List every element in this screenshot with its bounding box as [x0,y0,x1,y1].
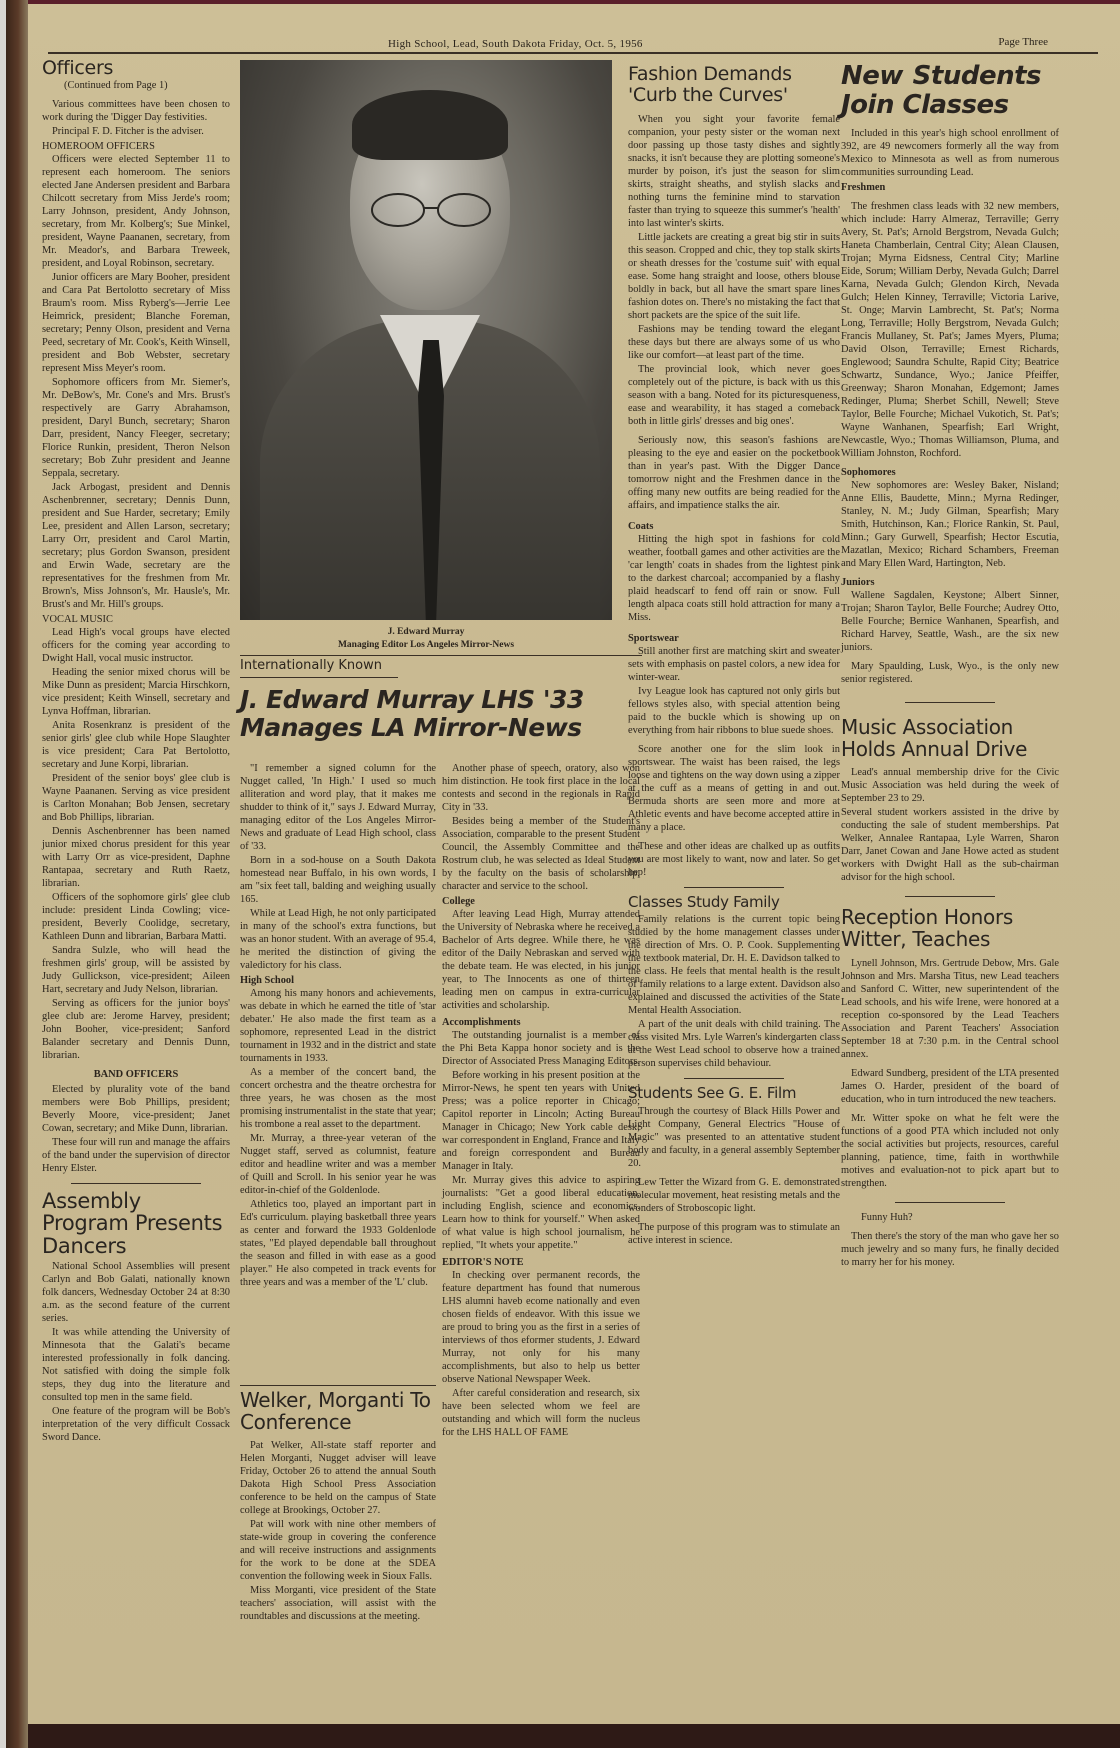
paragraph: These four will run and manage the affai… [42,1136,230,1175]
paragraph: Various committees have been chosen to w… [42,98,230,124]
paragraph: These and other ideas are chalked up as … [628,840,840,879]
paragraph: Among his many honors and achievements, … [240,987,436,1065]
paragraph: Serving as officers for the junior boys'… [42,997,230,1062]
paragraph: Mr. Murray, a three-year veteran of the … [240,1132,436,1197]
subhead-college: College [442,895,640,908]
paragraph: Pat will work with nine other members of… [240,1518,436,1583]
paragraph: When you sight your favorite female comp… [628,113,840,230]
subhead-vocal: VOCAL MUSIC [42,613,230,626]
funny-headline: Funny Huh? [841,1211,1059,1224]
paragraph: Hitting the high spot in fashions for co… [628,533,840,624]
paragraph: Jack Arbogast, president and Dennis Asch… [42,481,230,611]
subhead-band: BAND OFFICERS [42,1068,230,1081]
paragraph: Elected by plurality vote of the band me… [42,1083,230,1135]
paragraph: In checking over permanent records, the … [442,1269,640,1386]
paragraph: Besides being a member of the Student's … [442,815,640,893]
paragraph: New sophomores are: Wesley Baker, Nislan… [841,479,1059,570]
bottom-edge [28,1724,1120,1748]
paragraph: The purpose of this program was to stimu… [628,1221,840,1247]
divider [905,896,995,897]
divider [684,887,784,888]
fashion-article: Fashion Demands 'Curb the Curves' When y… [628,64,840,1248]
paragraph: Miss Morganti, vice president of the Sta… [240,1584,436,1623]
photo-hair [352,90,508,160]
new-students-headline: New Students Join Classes [841,62,1041,119]
paragraph: Fashions may be tending toward the elega… [628,323,840,362]
paragraph: Another phase of speech, oratory, also w… [442,762,640,814]
divider [684,1078,784,1079]
paragraph: Mary Spaulding, Lusk, Wyo., is the only … [841,660,1059,686]
paragraph: Wallene Sagdalen, Keystone; Albert Sinne… [841,589,1059,654]
paragraph: The outstanding journalist is a member o… [442,1029,640,1068]
subhead-sportswear: Sportswear [628,632,840,645]
paragraph: The provincial look, which never goes co… [628,363,840,428]
gefilm-headline: Students See G. E. Film [628,1085,840,1101]
paragraph: Junior officers are Mary Booher, preside… [42,271,230,375]
paragraph: Then there's the story of the man who ga… [841,1230,1059,1269]
fashion-headline: Fashion Demands 'Curb the Curves' [628,64,840,105]
paragraph: Principal F. D. Fitcher is the adviser. [42,125,230,138]
paragraph: Included in this year's high school enro… [841,127,1059,179]
murray-article-col2: Another phase of speech, oratory, also w… [442,762,640,1440]
caption-name: J. Edward Murray [240,626,612,639]
divider [895,1202,1005,1203]
murray-headline: J. Edward Murray LHS '33 Manages LA Mirr… [240,686,600,741]
paragraph: After careful consideration and research… [442,1387,640,1439]
subhead-freshmen: Freshmen [841,181,1059,194]
classes-headline: Classes Study Family [628,894,840,910]
paragraph: Several student workers assisted in the … [841,806,1059,884]
paragraph: Mr. Witter spoke on what he felt were th… [841,1112,1059,1190]
paragraph: A part of the unit deals with child trai… [628,1018,840,1070]
subhead-coats: Coats [628,520,840,533]
paragraph: Sophomore officers from Mr. Siemer's, Mr… [42,376,230,480]
paragraph: "I remember a signed column for the Nugg… [240,762,436,853]
welker-article: Welker, Morganti To Conference Pat Welke… [240,1390,436,1624]
subhead-sophomores: Sophomores [841,466,1059,479]
divider [240,655,642,656]
officers-headline: Officers [42,58,230,79]
paragraph: Sandra Sulzle, who will head the freshme… [42,944,230,996]
paragraph: Still another first are matching skirt a… [628,645,840,684]
paragraph: It was while attending the University of… [42,1326,230,1404]
subhead-juniors: Juniors [841,576,1059,589]
paragraph: Seriously now, this season's fashions ar… [628,434,840,512]
officers-article: Officers (Continued from Page 1) Various… [42,58,230,1445]
paragraph: Little jackets are creating a great big … [628,231,840,322]
assembly-headline: Assembly Program Presents Dancers [42,1190,230,1258]
paragraph: Officers were elected September 11 to re… [42,153,230,270]
paragraph: Ivy League look has captured not only gi… [628,685,840,737]
photo-caption: J. Edward Murray Managing Editor Los Ang… [240,626,612,652]
dateline: High School, Lead, South Dakota Friday, … [388,38,643,50]
paragraph: Lynell Johnson, Mrs. Gertrude Debow, Mrs… [841,957,1059,1061]
subhead-homeroom: HOMEROOM OFFICERS [42,140,230,153]
paragraph: Athletics too, played an important part … [240,1198,436,1289]
subhead-accomplishments: Accomplishments [442,1016,640,1029]
paragraph: Mr. Murray gives this advice to aspiring… [442,1174,640,1252]
paragraph: One feature of the program will be Bob's… [42,1405,230,1444]
paragraph: The freshmen class leads with 32 new mem… [841,200,1059,460]
caption-title: Managing Editor Los Angeles Mirror-News [240,639,612,652]
paragraph: Family relations is the current topic be… [628,913,840,1017]
page-number: Page Three [998,36,1048,48]
paragraph: Lead's annual membership drive for the C… [841,766,1059,805]
paragraph: National School Assemblies will present … [42,1260,230,1325]
divider [240,1385,436,1386]
paragraph: Score another one for the slim look in s… [628,743,840,834]
subhead-editors-note: EDITOR'S NOTE [442,1256,640,1269]
masthead: High School, Lead, South Dakota Friday, … [48,32,1098,54]
subhead-high-school: High School [240,974,436,987]
newspaper-page: High School, Lead, South Dakota Friday, … [28,4,1120,1724]
paragraph: Through the courtesy of Black Hills Powe… [628,1105,840,1170]
glasses-icon [366,190,496,230]
paragraph: Heading the senior mixed chorus will be … [42,666,230,718]
continued-note: (Continued from Page 1) [42,79,230,92]
murray-article-col1: "I remember a signed column for the Nugg… [240,762,436,1290]
music-headline: Music Association Holds Annual Drive [841,717,1059,760]
paragraph: Officers of the sophomore girls' glee cl… [42,891,230,943]
welker-headline: Welker, Morganti To Conference [240,1390,436,1433]
paragraph: As a member of the concert band, the con… [240,1066,436,1131]
paragraph: Lead High's vocal groups have elected of… [42,626,230,665]
paragraph: Anita Rosenkranz is president of the sen… [42,719,230,771]
reception-headline: Reception Honors Witter, Teaches [841,907,1059,950]
divider [71,1183,201,1184]
paragraph: Edward Sundberg, president of the LTA pr… [841,1067,1059,1106]
paragraph: Lew Tetter the Wizard from G. E. demonst… [628,1176,840,1215]
new-students-article: New Students Join Classes Included in th… [841,62,1059,1270]
murray-kicker: Internationally Known [240,658,398,678]
portrait-photo [240,60,612,620]
binder-edge [0,0,28,1748]
paragraph: Born in a sod-house on a South Dakota ho… [240,854,436,906]
paragraph: Pat Welker, All-state staff reporter and… [240,1439,436,1517]
paragraph: President of the senior boys' glee club … [42,772,230,824]
paragraph: Before working in his present position a… [442,1069,640,1173]
paragraph: After leaving Lead High, Murray attended… [442,908,640,1012]
paragraph: Dennis Aschenbrenner has been named juni… [42,825,230,890]
divider [905,702,995,703]
paragraph: While at Lead High, he not only particip… [240,907,436,972]
